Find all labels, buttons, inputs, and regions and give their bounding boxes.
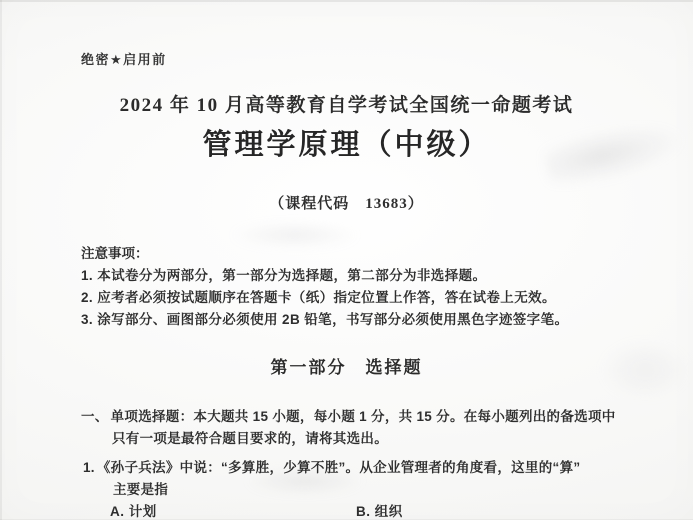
scan-smudge-artifact xyxy=(230,222,360,248)
question-1-stem-line-1: 1.《孙子兵法》中说：“多算胜，少算不胜”。从企业管理者的角度看，这里的“算” xyxy=(83,456,580,476)
notice-item-1: 1. 本试卷分为两部分，第一部分为选择题，第二部分为非选择题。 xyxy=(81,264,486,284)
section-instruction-line-1: 一、单项选择题：本大题共 15 小题，每小题 1 分，共 15 分。在每小题列出… xyxy=(81,405,616,425)
question-1-stem-line-2: 主要是指 xyxy=(113,478,168,498)
section-number-label: 一、 xyxy=(81,409,109,424)
exam-paper-page: 绝密★启用前 2024 年 10 月高等教育自学考试全国统一命题考试 管理学原理… xyxy=(0,0,693,520)
section-instruction-text: 单项选择题：本大题共 15 小题，每小题 1 分，共 15 分。在每小题列出的备… xyxy=(111,409,616,424)
section-instruction-line-2: 只有一项是最符合题目要求的，请将其选出。 xyxy=(112,427,388,447)
exam-title: 2024 年 10 月高等教育自学考试全国统一命题考试 xyxy=(0,90,693,117)
classification-marking: 绝密★启用前 xyxy=(81,49,167,68)
question-1-option-b: B. 组织 xyxy=(356,500,403,520)
notice-heading: 注意事项： xyxy=(81,242,149,262)
notice-item-3: 3. 涂写部分、画图部分必须使用 2B 铅笔，书写部分必须使用黑色字迹签字笔。 xyxy=(81,308,568,328)
question-1-option-a: A. 计划 xyxy=(110,500,157,520)
notice-item-2: 2. 应考者必须按试题顺序在答题卡（纸）指定位置上作答，答在试卷上无效。 xyxy=(81,286,556,306)
question-1-number: 1. xyxy=(83,460,95,475)
part-one-heading: 第一部分 选择题 xyxy=(0,353,693,378)
question-1-stem-text: 《孙子兵法》中说：“多算胜，少算不胜”。从企业管理者的角度看，这里的“算” xyxy=(97,460,581,475)
subject-title: 管理学原理（中级） xyxy=(0,122,693,163)
course-code: （课程代码 13683） xyxy=(0,192,693,213)
